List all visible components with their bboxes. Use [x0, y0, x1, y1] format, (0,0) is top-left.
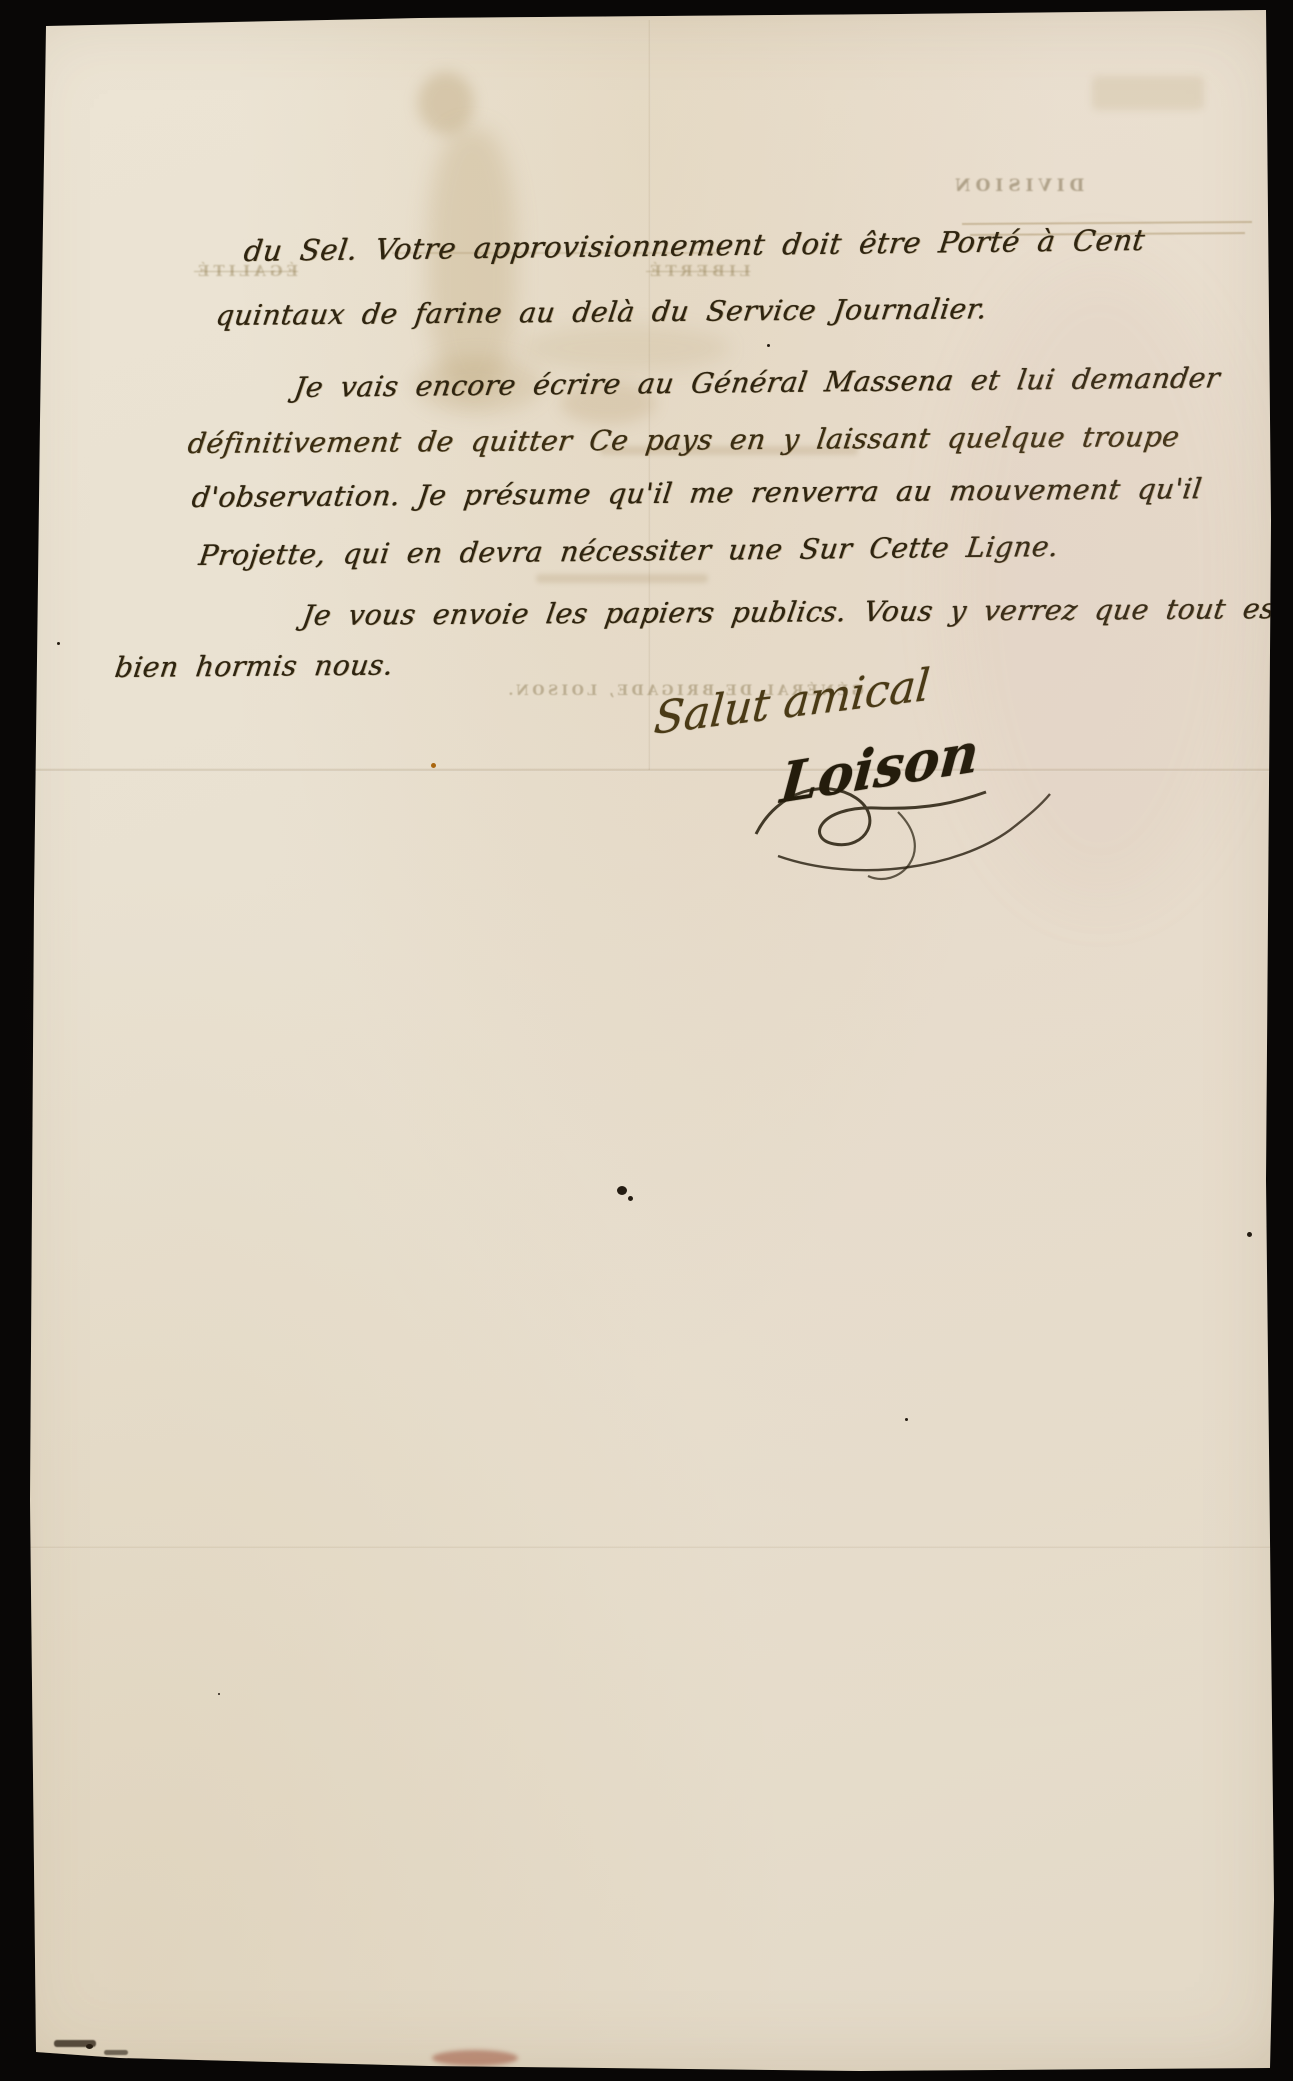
ink-speck [218, 1693, 220, 1695]
red-smudge [432, 2050, 518, 2066]
ink-speck [767, 344, 770, 347]
ink-speck [628, 1196, 633, 1201]
letter-page: DIVISION ÉGALITÉ LIBERTÉ GÉNÉRAL DE BRIG… [0, 0, 1293, 2081]
handwriting-line: Je vous envoie les papiers publics. Vous… [300, 592, 1289, 632]
ink-speck [1247, 1232, 1252, 1237]
handwriting-line: du Sel. Votre approvisionnement doit êtr… [242, 223, 1147, 268]
signature: Loison [778, 719, 981, 816]
handwriting-line: bien hormis nous. [113, 649, 395, 684]
handwriting-line: définitivement de quitter Ce pays en y l… [186, 420, 1182, 460]
ink-speck [905, 1418, 908, 1421]
handwriting-line: quintaux de farine au delà du Service Jo… [214, 292, 989, 332]
ink-speck [617, 1186, 627, 1195]
rust-speck [431, 763, 436, 768]
faint-stamp-mark [1092, 76, 1204, 110]
bleedthrough-smudge [536, 574, 708, 583]
bleedthrough-liberte-text: LIBERTÉ [646, 262, 750, 280]
ink-showthrough-blot [520, 325, 730, 371]
handwriting-line: Projette, qui en devra nécessiter une Su… [197, 530, 1061, 572]
scan-background: DIVISION ÉGALITÉ LIBERTÉ GÉNÉRAL DE BRIG… [0, 0, 1293, 2081]
paper-stain [950, 260, 1250, 900]
horizontal-fold-crease [30, 768, 1273, 772]
ink-speck [57, 642, 60, 645]
handwriting-line: d'observation. Je présume qu'il me renve… [190, 472, 1204, 514]
horizontal-fold-crease [30, 1546, 1273, 1549]
bleedthrough-division-text: DIVISION [950, 176, 1084, 196]
handwriting-line: Je vais encore écrire au Général Massena… [292, 361, 1222, 404]
ink-speck [86, 2044, 93, 2049]
edge-mark [104, 2050, 128, 2055]
closing-salutation: Salut amical [652, 659, 932, 745]
watermark-figure [418, 72, 474, 134]
edge-mark [54, 2040, 96, 2047]
